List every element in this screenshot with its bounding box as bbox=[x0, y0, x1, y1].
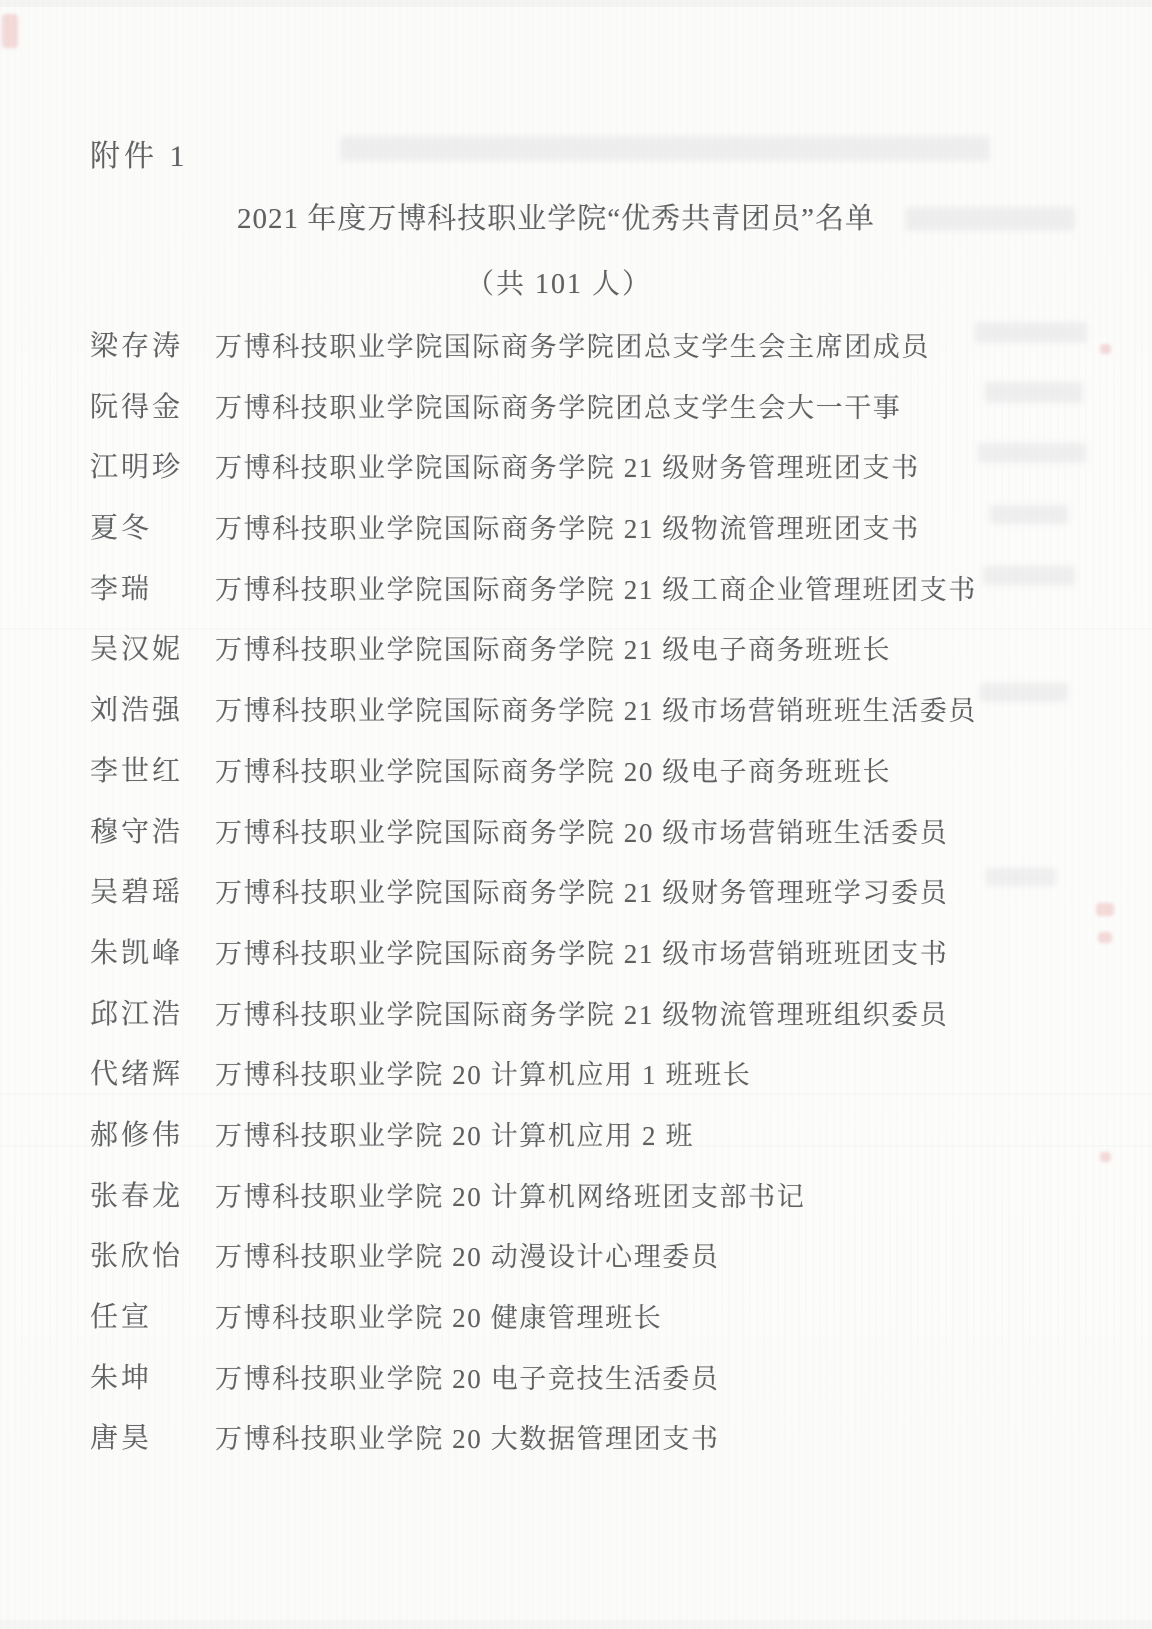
member-name: 朱坤 bbox=[90, 1362, 215, 1396]
scanned-document-page: 附件 1 2021 年度万博科技职业学院“优秀共青团员”名单 （共 101 人）… bbox=[0, 0, 1152, 1629]
scan-edge-top bbox=[0, 0, 1152, 7]
member-role: 万博科技职业学院国际商务学院 21 级财务管理班团支书 bbox=[215, 451, 920, 485]
member-role: 万博科技职业学院国际商务学院 21 级财务管理班学习委员 bbox=[215, 876, 948, 910]
list-item: 吴汉妮 万博科技职业学院国际商务学院 21 级电子商务班班长 bbox=[90, 633, 1100, 667]
member-role: 万博科技职业学院国际商务学院团总支学生会大一干事 bbox=[215, 391, 901, 425]
list-item: 夏冬 万博科技职业学院国际商务学院 21 级物流管理班团支书 bbox=[90, 512, 1100, 546]
member-role: 万博科技职业学院国际商务学院 21 级市场营销班班团支书 bbox=[215, 937, 948, 971]
list-item: 江明珍 万博科技职业学院国际商务学院 21 级财务管理班团支书 bbox=[90, 451, 1100, 485]
member-role: 万博科技职业学院国际商务学院 21 级电子商务班班长 bbox=[215, 633, 891, 667]
member-name: 代绪辉 bbox=[90, 1058, 215, 1092]
member-name: 阮得金 bbox=[90, 391, 215, 425]
member-role: 万博科技职业学院 20 电子竞技生活委员 bbox=[215, 1362, 720, 1396]
member-role: 万博科技职业学院 20 动漫设计心理委员 bbox=[215, 1240, 720, 1274]
member-role: 万博科技职业学院 20 大数据管理团支书 bbox=[215, 1422, 720, 1456]
member-role: 万博科技职业学院国际商务学院 20 级市场营销班生活委员 bbox=[215, 816, 948, 850]
member-name: 刘浩强 bbox=[90, 694, 215, 728]
member-name: 任宣 bbox=[90, 1301, 215, 1335]
list-item: 郝修伟 万博科技职业学院 20 计算机应用 2 班 bbox=[90, 1119, 1100, 1153]
member-role: 万博科技职业学院国际商务学院 21 级物流管理班组织委员 bbox=[215, 998, 948, 1032]
list-item: 代绪辉 万博科技职业学院 20 计算机应用 1 班班长 bbox=[90, 1058, 1100, 1092]
list-item: 唐昊 万博科技职业学院 20 大数据管理团支书 bbox=[90, 1422, 1100, 1456]
list-item: 李世红 万博科技职业学院国际商务学院 20 级电子商务班班长 bbox=[90, 755, 1100, 789]
list-item: 阮得金 万博科技职业学院国际商务学院团总支学生会大一干事 bbox=[90, 391, 1100, 425]
list-item: 李瑞 万博科技职业学院国际商务学院 21 级工商企业管理班团支书 bbox=[90, 573, 1100, 607]
bleedthrough-smudge bbox=[340, 136, 990, 161]
list-item: 梁存涛 万博科技职业学院国际商务学院团总支学生会主席团成员 bbox=[90, 330, 1100, 364]
member-role: 万博科技职业学院 20 计算机应用 1 班班长 bbox=[215, 1058, 751, 1092]
page-title: 2021 年度万博科技职业学院“优秀共青团员”名单 bbox=[0, 201, 1132, 237]
member-name: 吴汉妮 bbox=[90, 633, 215, 667]
list-item: 任宣 万博科技职业学院 20 健康管理班长 bbox=[90, 1301, 1100, 1335]
list-item: 邱江浩 万博科技职业学院国际商务学院 21 级物流管理班组织委员 bbox=[90, 998, 1100, 1032]
member-role: 万博科技职业学院国际商务学院 20 级电子商务班班长 bbox=[215, 755, 891, 789]
list-item: 朱凯峰 万博科技职业学院国际商务学院 21 级市场营销班班团支书 bbox=[90, 937, 1100, 971]
member-list: 梁存涛 万博科技职业学院国际商务学院团总支学生会主席团成员 阮得金 万博科技职业… bbox=[90, 330, 1100, 1483]
list-item: 张欣怡 万博科技职业学院 20 动漫设计心理委员 bbox=[90, 1240, 1100, 1274]
list-item: 吴碧瑶 万博科技职业学院国际商务学院 21 级财务管理班学习委员 bbox=[90, 876, 1100, 910]
list-item: 刘浩强 万博科技职业学院国际商务学院 21 级市场营销班班生活委员 bbox=[90, 694, 1100, 728]
member-role: 万博科技职业学院国际商务学院 21 级市场营销班班生活委员 bbox=[215, 694, 977, 728]
member-name: 唐昊 bbox=[90, 1422, 215, 1456]
member-name: 张欣怡 bbox=[90, 1240, 215, 1274]
member-name: 邱江浩 bbox=[90, 998, 215, 1032]
member-name: 李瑞 bbox=[90, 573, 215, 607]
member-role: 万博科技职业学院国际商务学院 21 级工商企业管理班团支书 bbox=[215, 573, 977, 607]
red-bleed-mark bbox=[1100, 344, 1111, 354]
list-item: 穆守浩 万博科技职业学院国际商务学院 20 级市场营销班生活委员 bbox=[90, 816, 1100, 850]
list-item: 张春龙 万博科技职业学院 20 计算机网络班团支部书记 bbox=[90, 1180, 1100, 1214]
member-name: 夏冬 bbox=[90, 512, 215, 546]
member-role: 万博科技职业学院 20 计算机网络班团支部书记 bbox=[215, 1180, 805, 1214]
attachment-label: 附件 1 bbox=[90, 140, 189, 174]
list-item: 朱坤 万博科技职业学院 20 电子竞技生活委员 bbox=[90, 1362, 1100, 1396]
member-name: 郝修伟 bbox=[90, 1119, 215, 1153]
member-role: 万博科技职业学院国际商务学院团总支学生会主席团成员 bbox=[215, 330, 930, 364]
member-role: 万博科技职业学院 20 计算机应用 2 班 bbox=[215, 1119, 694, 1153]
member-name: 朱凯峰 bbox=[90, 937, 215, 971]
member-name: 张春龙 bbox=[90, 1180, 215, 1214]
red-bleed-mark bbox=[2, 14, 18, 48]
member-name: 李世红 bbox=[90, 755, 215, 789]
red-bleed-mark bbox=[1098, 932, 1112, 943]
member-count: （共 101 人） bbox=[0, 268, 1135, 302]
scan-edge-bottom bbox=[0, 1620, 1152, 1629]
member-name: 吴碧瑶 bbox=[90, 876, 215, 910]
member-role: 万博科技职业学院 20 健康管理班长 bbox=[215, 1301, 662, 1335]
member-name: 江明珍 bbox=[90, 451, 215, 485]
member-name: 穆守浩 bbox=[90, 816, 215, 850]
member-role: 万博科技职业学院国际商务学院 21 级物流管理班团支书 bbox=[215, 512, 920, 546]
red-bleed-mark bbox=[1100, 1152, 1111, 1162]
member-name: 梁存涛 bbox=[90, 330, 215, 364]
